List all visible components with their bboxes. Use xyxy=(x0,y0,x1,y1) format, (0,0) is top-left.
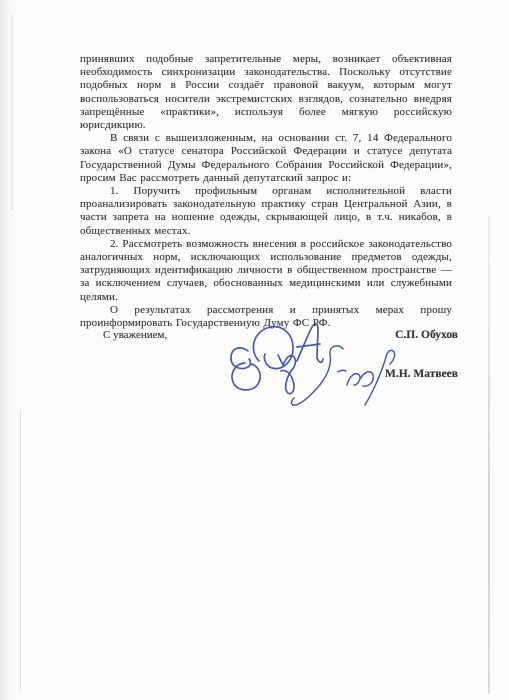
closing-row: С уважением, С.П. Обухов М.Н. Матвеев xyxy=(80,329,458,381)
scanned-letter-page: принявших подобные запретительные меры, … xyxy=(0,0,509,700)
letter-body: принявших подобные запретительные меры, … xyxy=(80,53,452,330)
letter-paragraph: 2. Рассмотреть возможность внесения в ро… xyxy=(80,238,452,304)
scan-line-left-upper xyxy=(11,15,13,210)
scan-line-right xyxy=(488,215,490,693)
signatory-name-obukhov: С.П. Обухов xyxy=(385,329,458,342)
letter-paragraph: В связи с вышеизложенным, на основании с… xyxy=(80,132,452,185)
scan-line-left-lower xyxy=(20,410,21,690)
signatory-name-matveev: М.Н. Матвеев xyxy=(385,368,458,381)
letter-paragraph: 1. Поручить профильным органам исполните… xyxy=(80,185,452,238)
signatory-names: С.П. Обухов М.Н. Матвеев xyxy=(385,329,458,381)
letter-paragraph: принявших подобные запретительные меры, … xyxy=(80,53,452,132)
letter-paragraph: О результатах рассмотрения и принятых ме… xyxy=(80,304,452,330)
closing-salutation: С уважением, xyxy=(103,329,167,342)
